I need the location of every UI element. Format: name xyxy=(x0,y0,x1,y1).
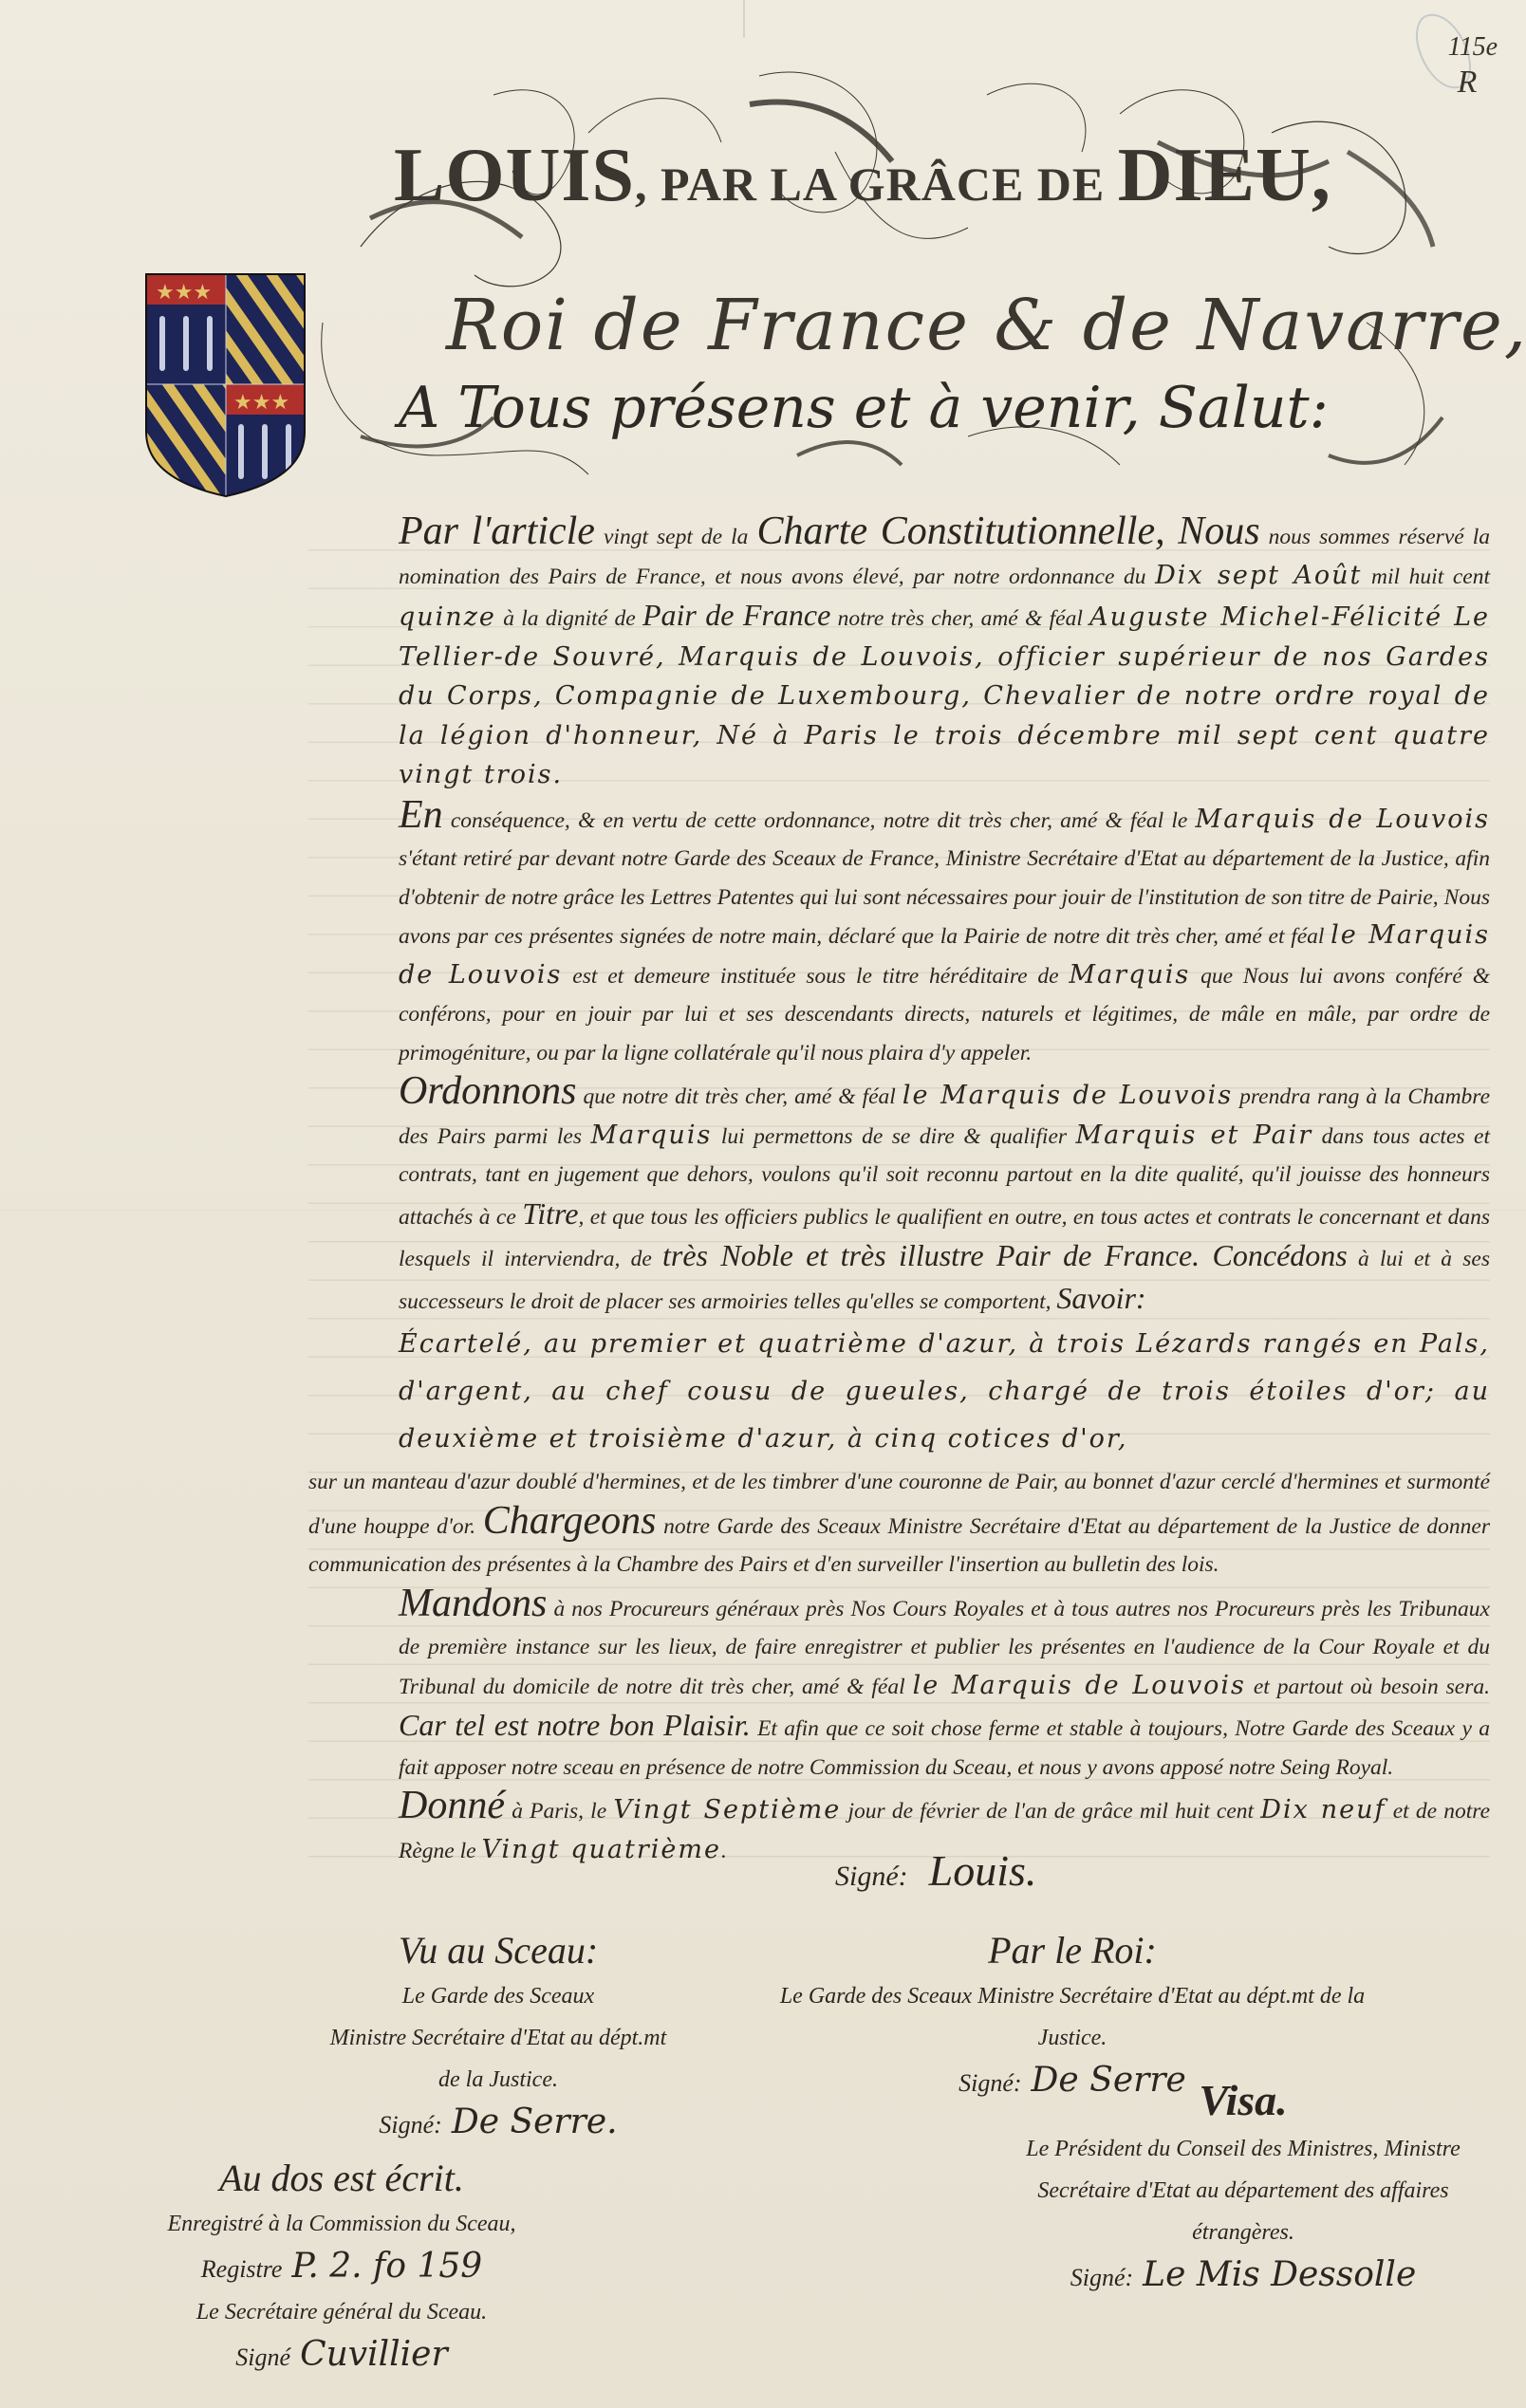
paragraph-manteau: sur un manteau d'azur doublé d'hermines,… xyxy=(308,1463,1490,1584)
folio-mark: R xyxy=(1458,66,1498,99)
svg-text:★★★: ★★★ xyxy=(156,280,212,304)
document-title: LOUIS, PAR LA GRÂCE DE DIEU, xyxy=(394,133,1457,219)
vu-au-sceau-block: Vu au Sceau: Le Garde des Sceaux Ministr… xyxy=(318,1926,679,2147)
svg-text:★★★: ★★★ xyxy=(233,390,289,414)
coat-of-arms-icon: ★★★ ★★★ xyxy=(142,270,308,498)
visa-block: Visa. Le Président du Conseil des Minist… xyxy=(987,2073,1499,2300)
au-dos-block: Au dos est écrit. Enregistré à la Commis… xyxy=(119,2154,565,2380)
paragraph-charte: Par l'article vingt sept de la Charte Co… xyxy=(308,512,1490,796)
paragraph-ordonnons: Ordonnons que notre dit très cher, amé &… xyxy=(308,1072,1490,1321)
paragraph-consequence: En conséquence, & en vertu de cette ordo… xyxy=(308,796,1490,1073)
greeting-line: A Tous présens et à venir, Salut: xyxy=(399,375,1329,441)
king-signature: Signé:Louis. xyxy=(835,1845,1036,1896)
folio-number: 115e R xyxy=(1448,34,1498,99)
title-dieu: DIEU xyxy=(1118,134,1312,217)
document-subtitle: Roi de France & de Navarre, xyxy=(446,285,1526,366)
parchment-page: 115e R LOUIS, PAR LA GRÂCE DE DIEU, Roi … xyxy=(0,0,1526,2408)
fold-line xyxy=(743,0,745,38)
paragraph-mandons: Mandons à nos Procureurs généraux près N… xyxy=(308,1584,1490,1787)
title-par-la-grace: , PAR LA GRÂCE DE xyxy=(635,157,1118,211)
blazon-description: Écartelé, au premier et quatrième d'azur… xyxy=(308,1321,1490,1463)
title-louis: LOUIS xyxy=(394,134,635,217)
letters-patent-body: Par l'article vingt sept de la Charte Co… xyxy=(308,512,1490,1870)
